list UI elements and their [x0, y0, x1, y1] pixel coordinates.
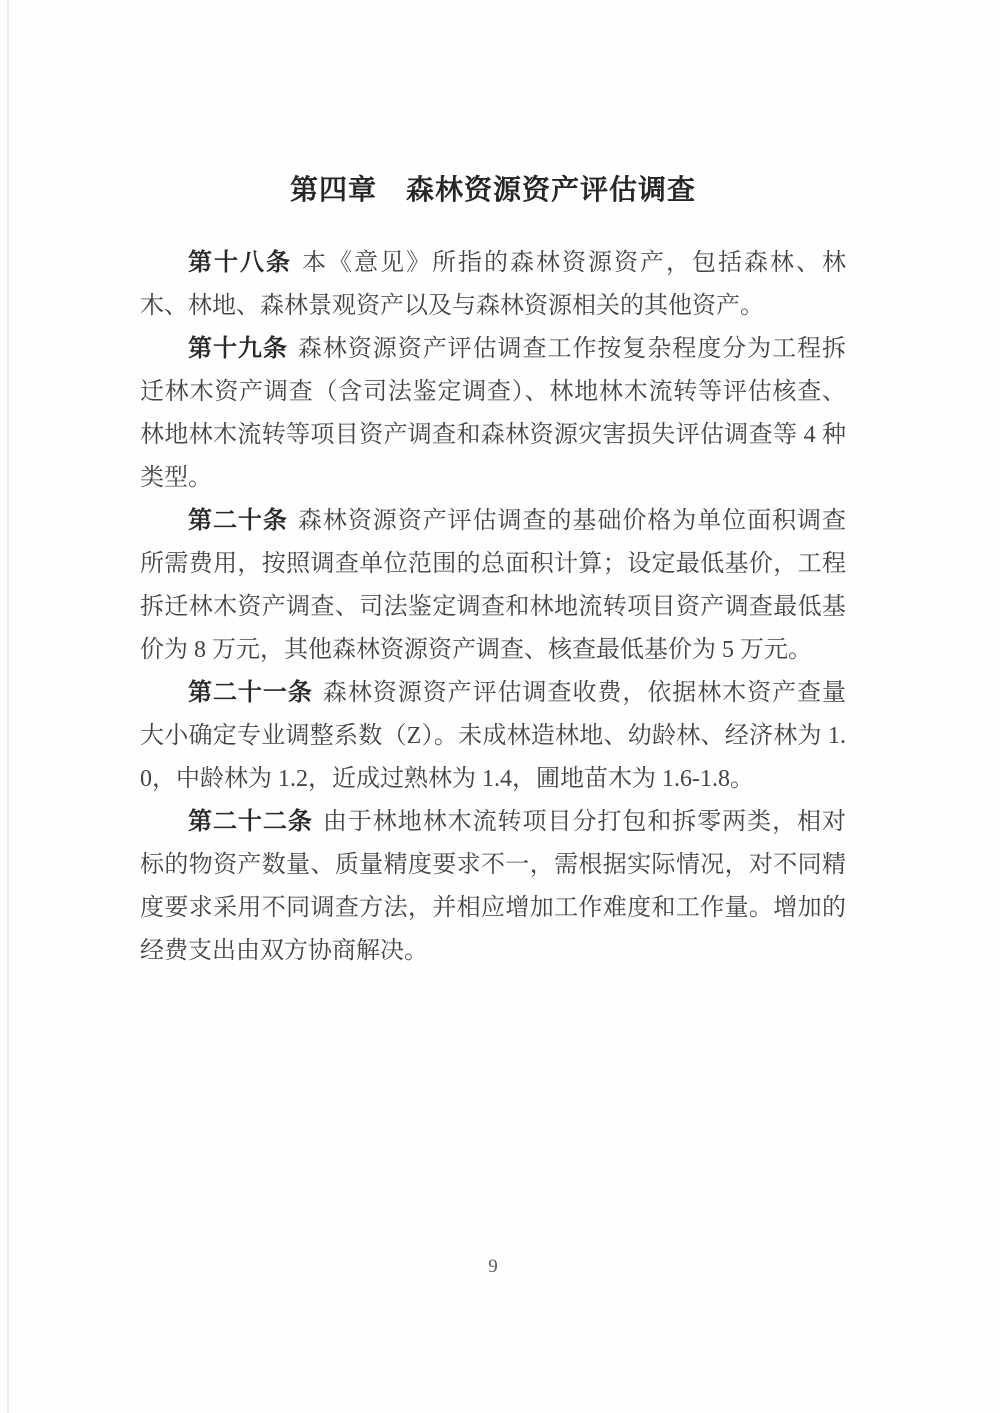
article-number-heading: 第二十一条 — [188, 680, 313, 706]
document-content: 第四章 森林资源资产评估调查 第十八条本《意见》所指的森林资源资产，包括森林、林… — [140, 172, 846, 973]
document-page: 第四章 森林资源资产评估调查 第十八条本《意见》所指的森林资源资产，包括森林、林… — [0, 0, 1000, 1413]
scan-artifact-line — [7, 0, 9, 1413]
article-paragraph: 第二十二条由于林地林木流转项目分打包和拆零两类，相对标的物资产数量、质量精度要求… — [140, 801, 846, 973]
page-number: 9 — [140, 1256, 846, 1278]
article-paragraph: 第二十条森林资源资产评估调查的基础价格为单位面积调查所需费用，按照调查单位范围的… — [140, 500, 846, 672]
article-number-heading: 第二十条 — [188, 508, 288, 534]
article-paragraph: 第十八条本《意见》所指的森林资源资产，包括森林、林木、林地、森林景观资产以及与森… — [140, 242, 846, 328]
article-number-heading: 第十九条 — [188, 336, 288, 362]
chapter-title: 第四章 森林资源资产评估调查 — [140, 172, 846, 209]
article-paragraph: 第十九条森林资源资产评估调查工作按复杂程度分为工程拆迁林木资产调查（含司法鉴定调… — [140, 328, 846, 500]
document-body: 第十八条本《意见》所指的森林资源资产，包括森林、林木、林地、森林景观资产以及与森… — [140, 242, 846, 973]
article-paragraph: 第二十一条森林资源资产评估调查收费，依据林木资产查量大小确定专业调整系数（Z）。… — [140, 672, 846, 801]
article-number-heading: 第十八条 — [188, 250, 292, 276]
article-number-heading: 第二十二条 — [188, 809, 313, 835]
